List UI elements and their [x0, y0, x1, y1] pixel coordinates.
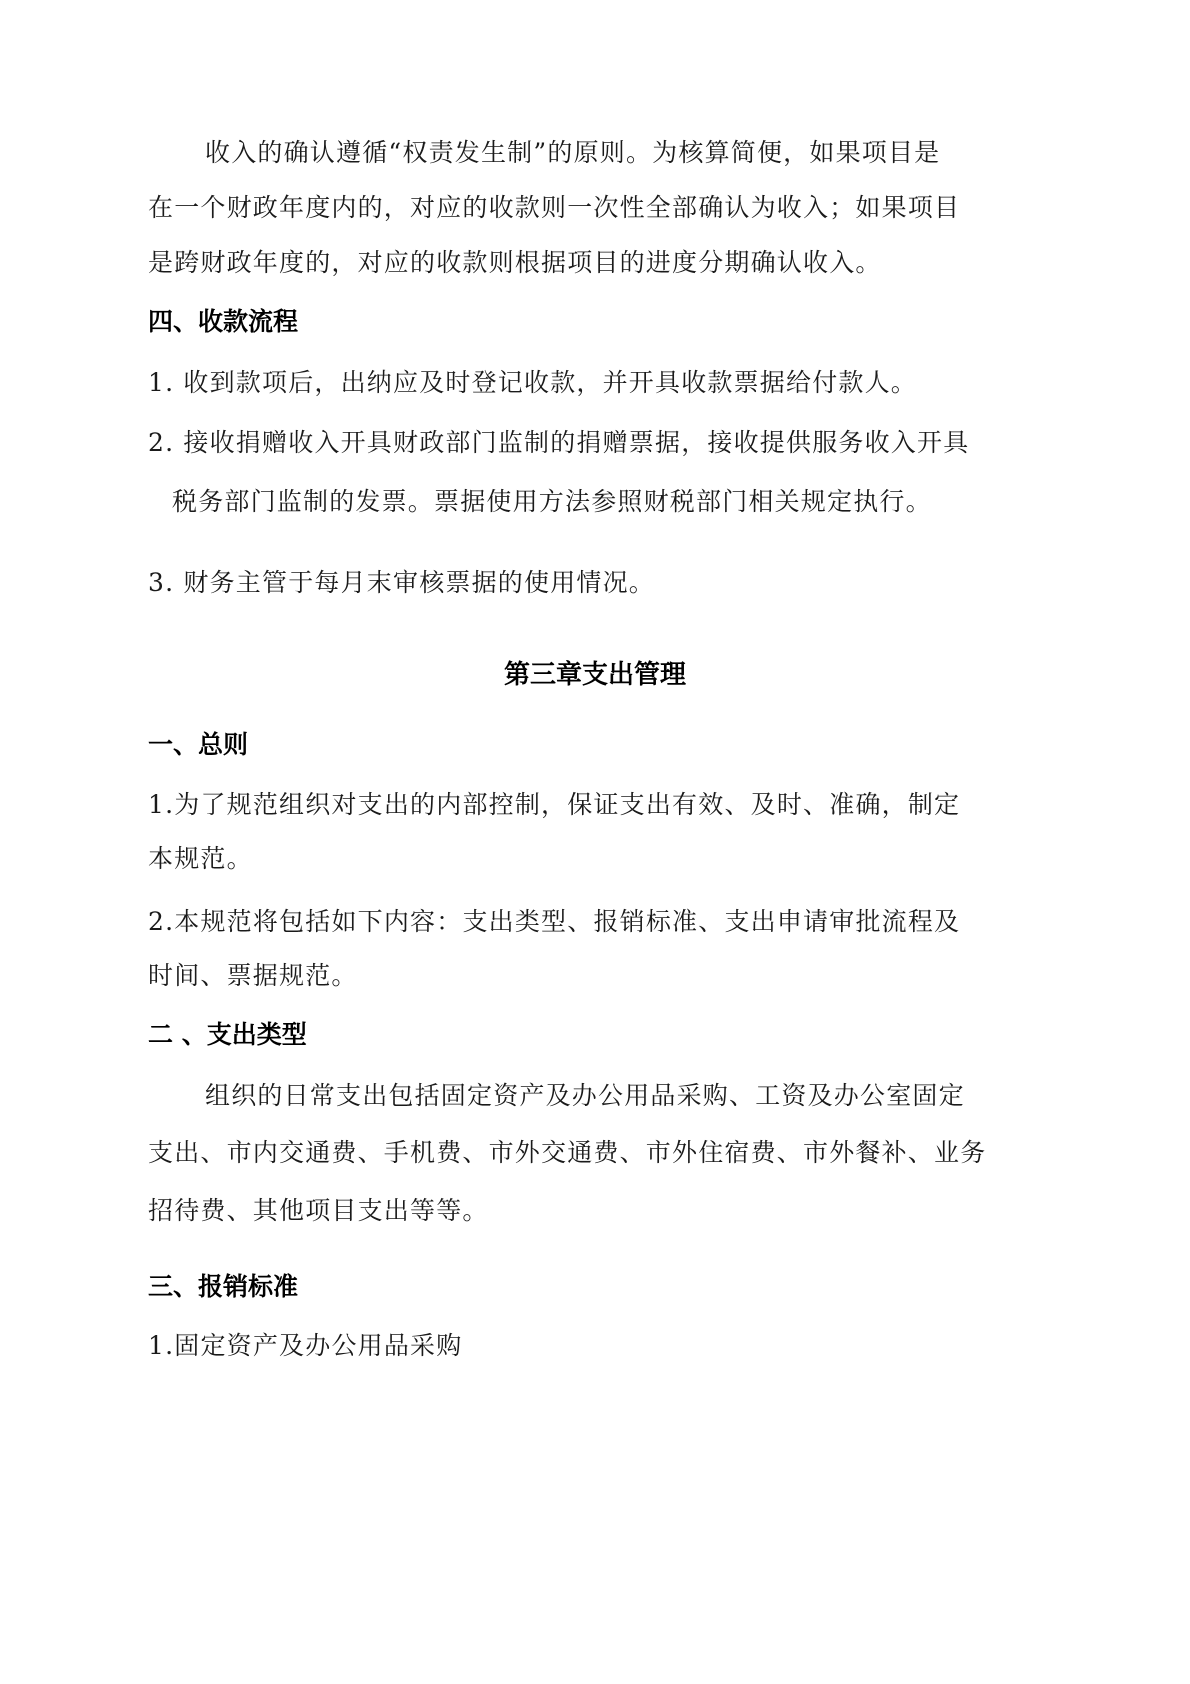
- list-item-general-1-cont: 本规范。: [148, 844, 253, 874]
- paragraph-line: 组织的日常支出包括固定资产及办公用品采购、工资及办公室固定: [205, 1081, 965, 1111]
- list-item-collection-3: 3. 财务主管于每月末审核票据的使用情况。: [148, 568, 655, 598]
- document-page: 收入的确认遵循“权责发生制”的原则。为核算简便，如果项目是 在一个财政年度内的，…: [0, 0, 1190, 1684]
- list-item-collection-1: 1. 收到款项后，出纳应及时登记收款，并开具收款票据给付款人。: [148, 368, 917, 398]
- section-heading-reimbursement: 三、报销标准: [148, 1272, 298, 1302]
- paragraph-line: 收入的确认遵循“权责发生制”的原则。为核算简便，如果项目是: [205, 138, 940, 168]
- chapter-title: 第三章支出管理: [0, 660, 1190, 690]
- list-item-collection-2: 2. 接收捐赠收入开具财政部门监制的捐赠票据，接收提供服务收入开具: [148, 428, 969, 458]
- list-item-general-1: 1.为了规范组织对支出的内部控制，保证支出有效、及时、准确，制定: [148, 790, 960, 820]
- paragraph-line: 在一个财政年度内的，对应的收款则一次性全部确认为收入；如果项目: [148, 193, 960, 223]
- section-heading-expense-types: 二 、支出类型: [148, 1020, 307, 1050]
- section-heading-collection-process: 四、收款流程: [148, 307, 298, 337]
- paragraph-line: 支出、市内交通费、手机费、市外交通费、市外住宿费、市外餐补、业务: [148, 1138, 986, 1168]
- paragraph-line: 招待费、其他项目支出等等。: [148, 1196, 489, 1226]
- list-item-general-2-cont: 时间、票据规范。: [148, 961, 358, 991]
- paragraph-line: 是跨财政年度的，对应的收款则根据项目的进度分期确认收入。: [148, 248, 882, 278]
- list-item-collection-2-cont: 税务部门监制的发票。票据使用方法参照财税部门相关规定执行。: [172, 487, 932, 517]
- section-heading-general: 一、总则: [148, 730, 248, 760]
- list-item-general-2: 2.本规范将包括如下内容：支出类型、报销标准、支出申请审批流程及: [148, 907, 960, 937]
- list-item-reimbursement-1: 1.固定资产及办公用品采购: [148, 1331, 462, 1361]
